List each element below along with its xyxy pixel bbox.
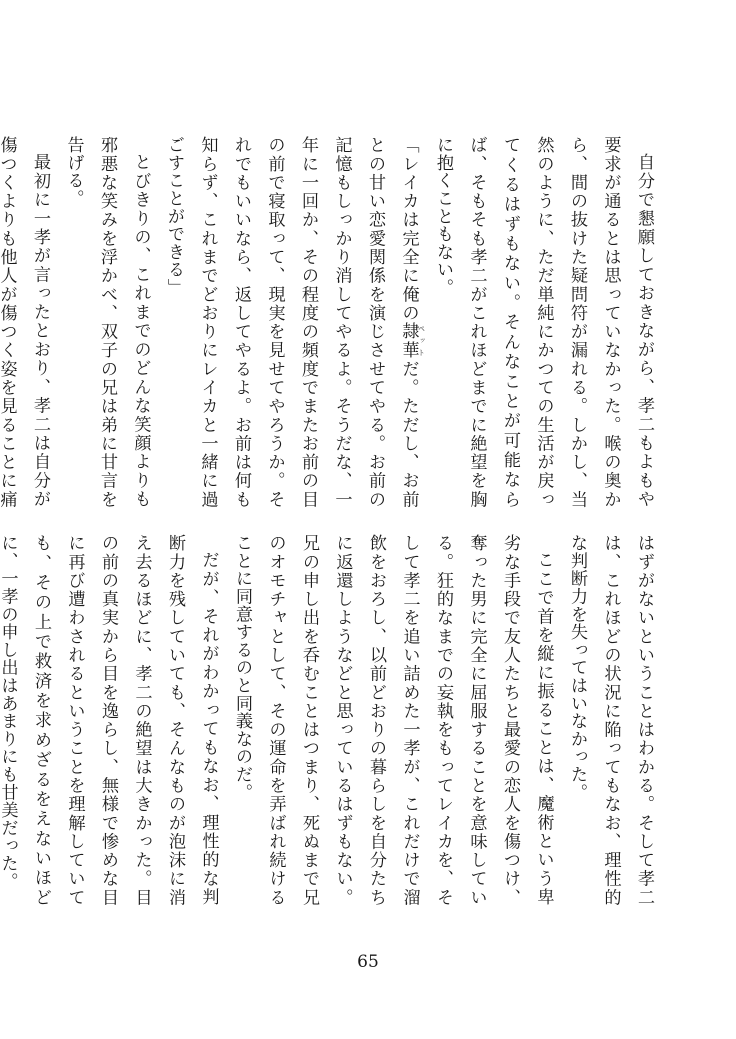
paragraph: とびきりの、これまでのどんな笑顔よりも邪悪な笑みを浮かべ、双子の兄は弟に甘言を告…: [56, 136, 157, 508]
page-number: 65: [0, 952, 736, 972]
ruby-word: 隷華ペット: [399, 322, 419, 359]
paragraph: はずがないということはわかる。そして孝二は、これほどの状況に陥ってもなお、理性的…: [560, 534, 661, 906]
paragraph: 最初に一孝が言ったとおり、孝二は自分が傷つくよりも他人が傷つく姿を見ることに痛み…: [0, 136, 56, 508]
paragraph: ここで首を縦に振ることは、魔術という卑劣な手段で友人たちと最愛の恋人を傷つけ、奪…: [225, 534, 560, 906]
ruby-reading: ペット: [418, 322, 426, 358]
dialogue-start: 「レイカは完全に俺の: [399, 136, 419, 322]
text-block-upper: 自分で懇願しておきながら、孝二もよもや要求が通るとは思っていなかった。喉の奥から…: [80, 136, 660, 508]
ruby-base: 隷華: [399, 322, 419, 359]
paragraph-dialogue: 「レイカは完全に俺の隷華ペットだ。ただし、お前との甘い恋愛関係を演じさせてやる。…: [157, 136, 426, 508]
text-block-lower: はずがないということはわかる。そして孝二は、これほどの状況に陥ってもなお、理性的…: [80, 534, 660, 906]
paragraph: だが、それがわかってもなお、理性的な判断力を残していても、そんなものが泡沫に消え…: [0, 534, 225, 906]
dialogue-rest: だ。ただし、お前との甘い恋愛関係を演じさせてやる。お前の記憶もしっかり消してやる…: [164, 136, 419, 508]
paragraph: 自分で懇願しておきながら、孝二もよもや要求が通るとは思っていなかった。喉の奥から…: [426, 136, 661, 508]
